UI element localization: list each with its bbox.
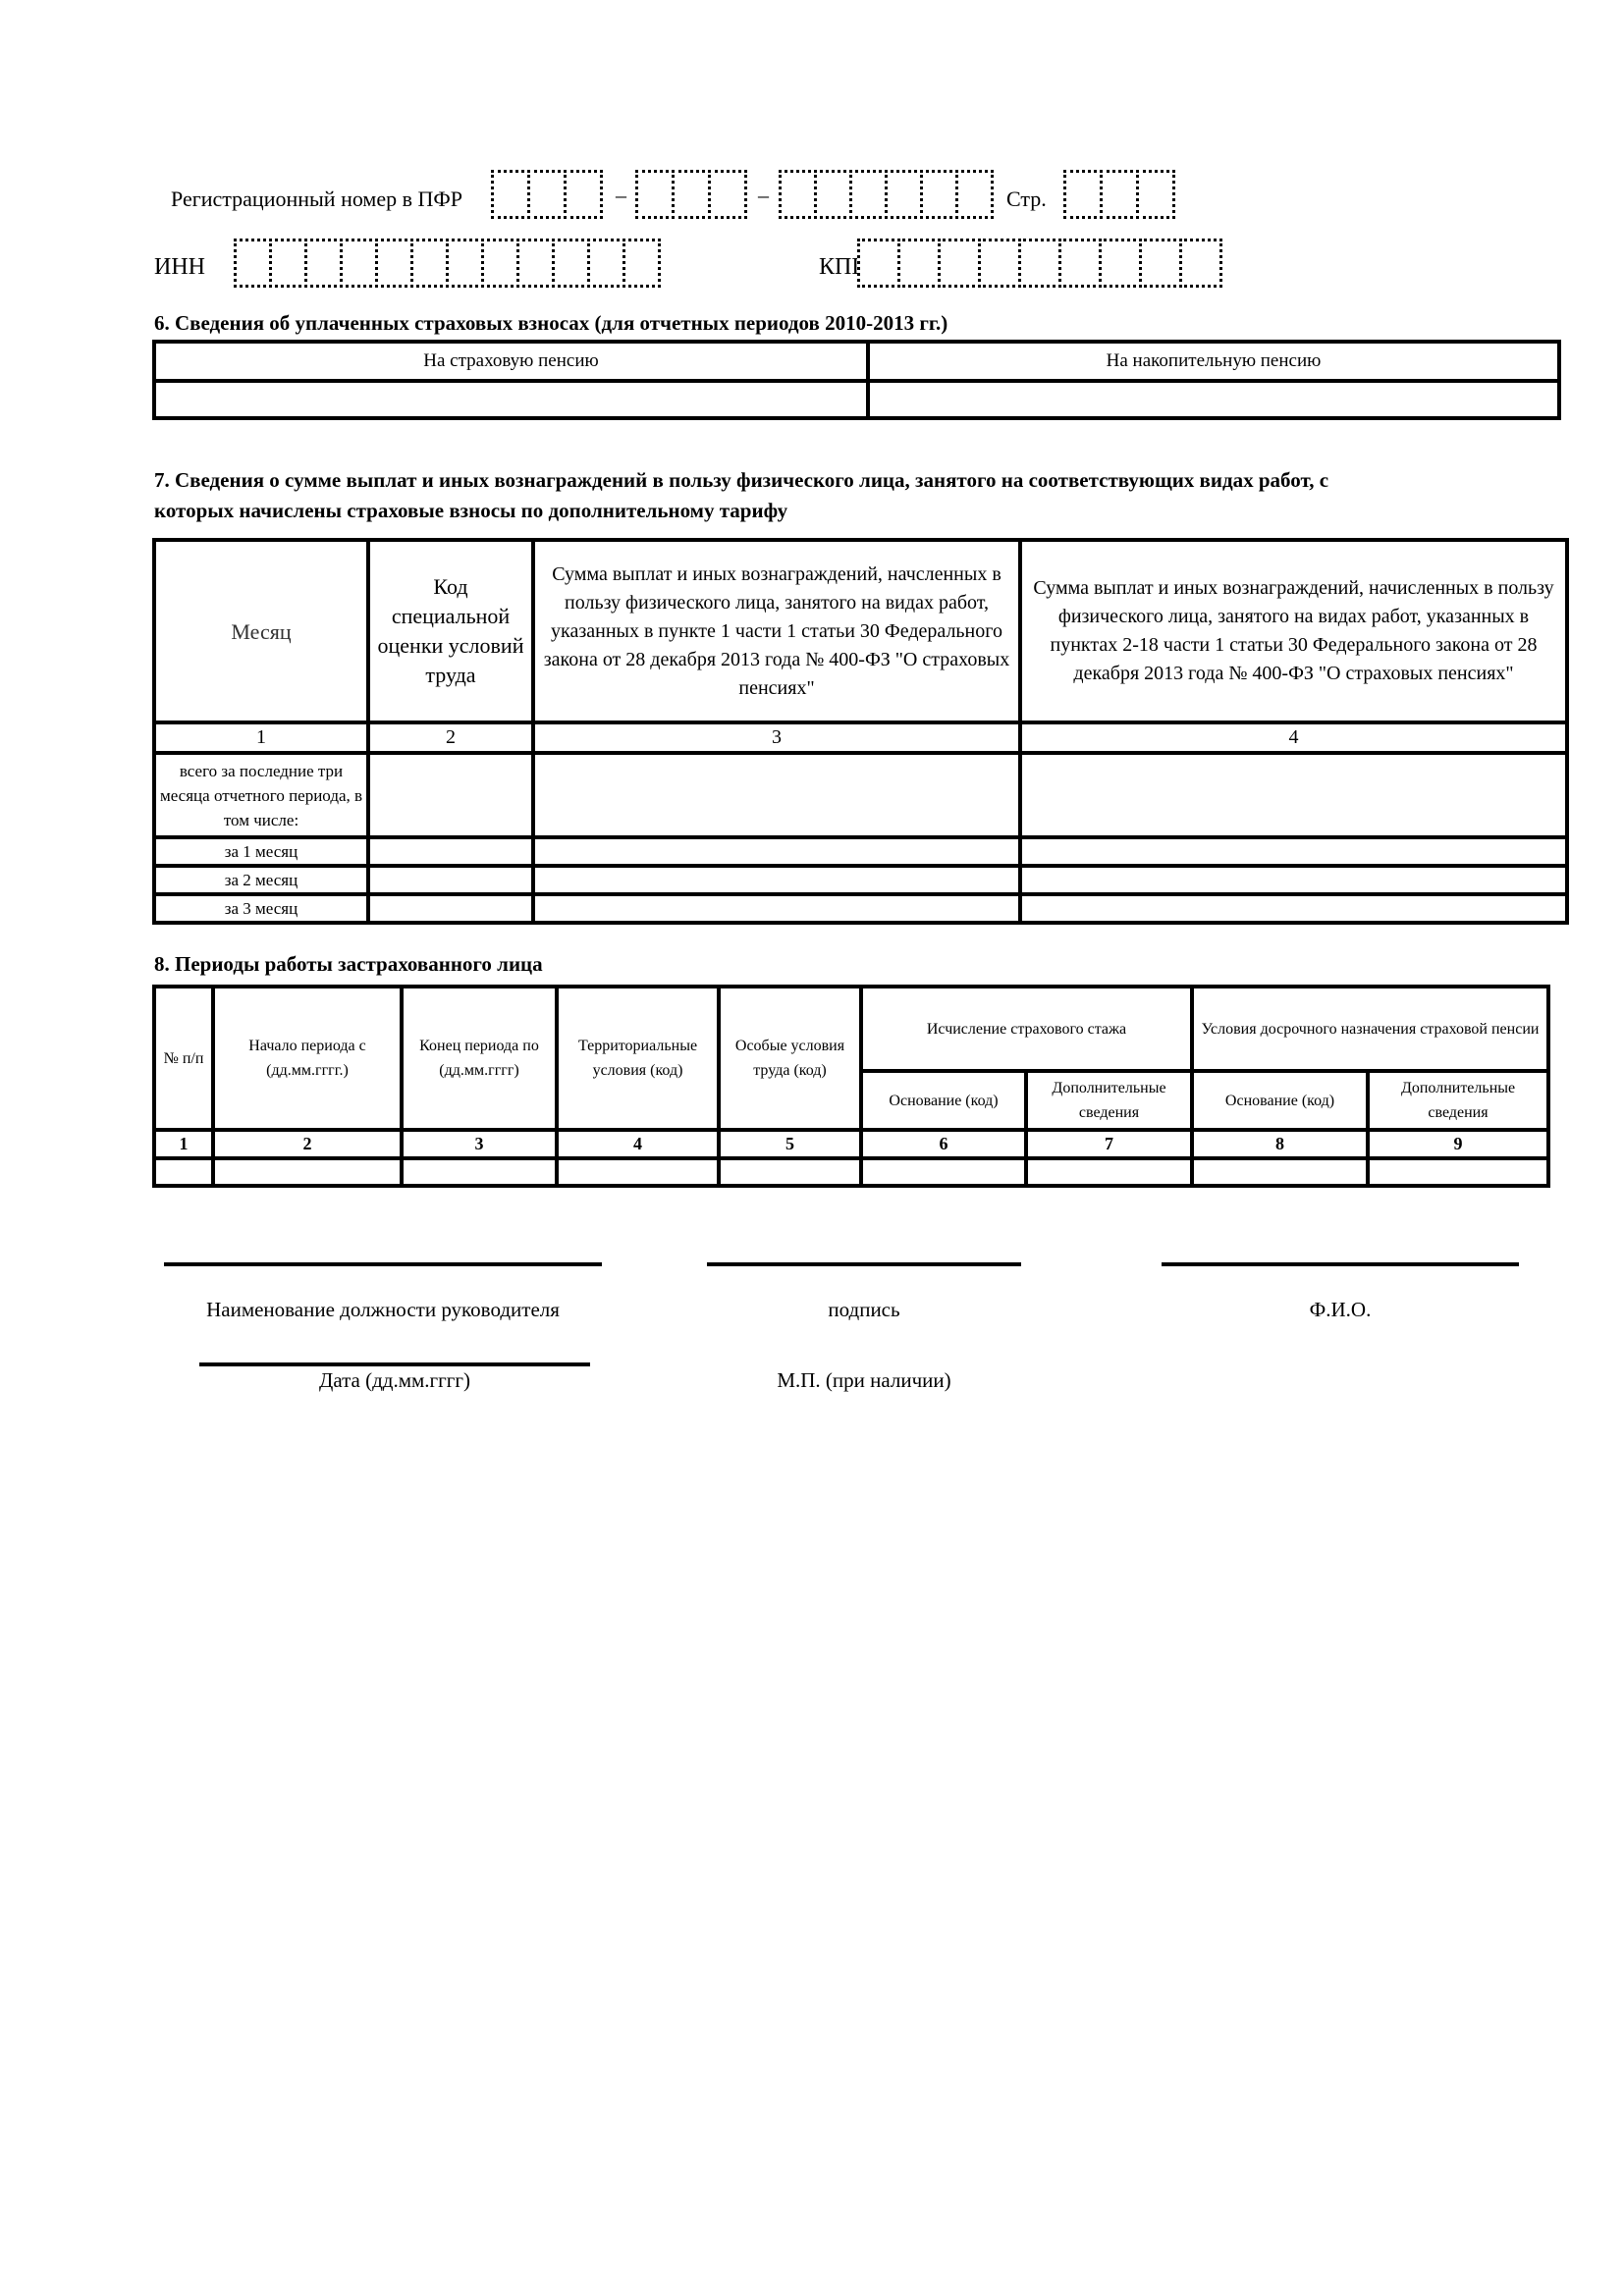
char-cell[interactable] [410,239,449,288]
char-cell[interactable] [481,239,519,288]
stamp-label: М.П. (при наличии) [707,1368,1021,1393]
row-number-field[interactable] [154,1158,213,1186]
char-cell[interactable] [708,170,747,219]
column-header-month: Месяц [154,540,368,722]
column-number: 4 [557,1130,719,1158]
char-cell[interactable] [814,170,852,219]
row-label-month3: за 3 месяц [154,894,368,923]
page-label: Стр. [1006,187,1047,212]
month1-sum-items2-18-field[interactable] [1020,837,1567,866]
char-cell[interactable] [304,239,343,288]
char-cell[interactable] [978,239,1021,288]
month3-assessment-code-field[interactable] [368,894,533,923]
char-cell[interactable] [491,170,530,219]
char-cell[interactable] [516,239,555,288]
column-number: 3 [533,722,1020,753]
column-header-number: № п/п [154,987,213,1130]
row-label-total: всего за последние три месяца отчетного … [154,753,368,837]
column-header-special-conditions: Особые условия труда (код) [719,987,861,1130]
char-cell[interactable] [1100,170,1139,219]
char-cell[interactable] [1136,170,1175,219]
month3-sum-items2-18-field[interactable] [1020,894,1567,923]
char-cell[interactable] [623,239,661,288]
total-sum-items2-18-field[interactable] [1020,753,1567,837]
total-sum-item1-field[interactable] [533,753,1020,837]
period-start-field[interactable] [213,1158,402,1186]
column-number: 3 [402,1130,557,1158]
reg-number-separator: – [758,183,769,208]
additional-tariff-payments-table: Месяц Код специальной оценки условий тру… [152,538,1569,925]
insurance-basis-field[interactable] [861,1158,1026,1186]
char-cell[interactable] [1139,239,1182,288]
column-header-territorial-conditions: Территориальные условия (код) [557,987,719,1130]
period-end-field[interactable] [402,1158,557,1186]
month2-assessment-code-field[interactable] [368,866,533,894]
char-cell[interactable] [779,170,817,219]
month2-sum-item1-field[interactable] [533,866,1020,894]
column-header-assessment-code: Код специальной оценки условий труда [368,540,533,722]
funded-pension-value-field[interactable] [868,381,1559,418]
char-cell[interactable] [1063,170,1103,219]
column-group-early-pension: Условия досрочного назначения страховой … [1192,987,1548,1071]
section6-title: 6. Сведения об уплаченных страховых взно… [154,308,947,338]
column-number: 2 [368,722,533,753]
table-row: за 3 месяц [154,894,1567,923]
char-cell[interactable] [564,170,603,219]
table-row [154,1158,1548,1186]
column-header-funded-pension: На накопительную пенсию [868,342,1559,381]
reg-number-part3-field[interactable] [779,170,991,219]
char-cell[interactable] [1099,239,1142,288]
column-header-insurance-basis: Основание (код) [861,1071,1026,1130]
kpp-field[interactable] [857,239,1219,288]
char-cell[interactable] [375,239,413,288]
paid-contributions-table: На страховую пенсию На накопительную пен… [152,340,1561,420]
char-cell[interactable] [1179,239,1222,288]
month3-sum-item1-field[interactable] [533,894,1020,923]
column-number: 9 [1368,1130,1548,1158]
inn-field[interactable] [234,239,658,288]
column-header-period-start: Начало периода с (дд.мм.гггг.) [213,987,402,1130]
column-number: 1 [154,1130,213,1158]
reg-number-separator: – [616,183,626,208]
page-number-field[interactable] [1063,170,1172,219]
char-cell[interactable] [938,239,981,288]
column-number: 6 [861,1130,1026,1158]
char-cell[interactable] [849,170,888,219]
table-row: за 1 месяц [154,837,1567,866]
column-number: 7 [1026,1130,1192,1158]
column-number: 8 [1192,1130,1368,1158]
char-cell[interactable] [340,239,378,288]
reg-number-part2-field[interactable] [635,170,744,219]
column-group-insurance-record: Исчисление страхового стажа [861,987,1192,1071]
work-periods-table: № п/п Начало периода с (дд.мм.гггг.) Кон… [152,985,1550,1188]
row-label-month2: за 2 месяц [154,866,368,894]
position-label: Наименование должности руководителя [164,1298,602,1322]
insurance-extra-field[interactable] [1026,1158,1192,1186]
char-cell[interactable] [234,239,272,288]
month2-sum-items2-18-field[interactable] [1020,866,1567,894]
column-number: 4 [1020,722,1567,753]
char-cell[interactable] [885,170,923,219]
char-cell[interactable] [446,239,484,288]
column-header-period-end: Конец периода по (дд.мм.гггг) [402,987,557,1130]
char-cell[interactable] [672,170,711,219]
table-row: всего за последние три месяца отчетного … [154,753,1567,837]
column-header-insurance-extra: Дополнительные сведения [1026,1071,1192,1130]
char-cell[interactable] [920,170,958,219]
signature-label: подпись [707,1298,1021,1322]
char-cell[interactable] [635,170,675,219]
signature-line[interactable] [707,1262,1021,1266]
char-cell[interactable] [269,239,307,288]
month1-assessment-code-field[interactable] [368,837,533,866]
char-cell[interactable] [955,170,994,219]
char-cell[interactable] [1018,239,1061,288]
char-cell[interactable] [527,170,567,219]
name-label: Ф.И.О. [1162,1298,1519,1322]
position-signature-line[interactable] [164,1262,602,1266]
section7-title-line2: которых начислены страховые взносы по до… [154,496,787,525]
char-cell[interactable] [1058,239,1102,288]
column-header-sum-item1: Сумма выплат и иных вознаграждений, начс… [533,540,1020,722]
column-number: 1 [154,722,368,753]
date-label: Дата (дд.мм.гггг) [199,1368,590,1393]
total-assessment-code-field[interactable] [368,753,533,837]
column-header-early-basis: Основание (код) [1192,1071,1368,1130]
date-line[interactable] [199,1362,590,1366]
table-row: за 2 месяц [154,866,1567,894]
column-number: 5 [719,1130,861,1158]
char-cell[interactable] [552,239,590,288]
char-cell[interactable] [897,239,941,288]
section7-title-line1: 7. Сведения о сумме выплат и иных вознаг… [154,465,1328,495]
char-cell[interactable] [587,239,625,288]
month1-sum-item1-field[interactable] [533,837,1020,866]
name-signature-line[interactable] [1162,1262,1519,1266]
char-cell[interactable] [857,239,900,288]
column-header-sum-items2-18: Сумма выплат и иных вознаграждений, начи… [1020,540,1567,722]
insurance-pension-value-field[interactable] [154,381,868,418]
special-conditions-field[interactable] [719,1158,861,1186]
column-header-insurance-pension: На страховую пенсию [154,342,868,381]
reg-number-part1-field[interactable] [491,170,600,219]
reg-number-label: Регистрационный номер в ПФР [171,187,462,212]
early-extra-field[interactable] [1368,1158,1548,1186]
early-basis-field[interactable] [1192,1158,1368,1186]
inn-label: ИНН [154,254,205,281]
territorial-conditions-field[interactable] [557,1158,719,1186]
section8-title: 8. Периоды работы застрахованного лица [154,949,543,979]
column-number: 2 [213,1130,402,1158]
column-header-early-extra: Дополнительные сведения [1368,1071,1548,1130]
row-label-month1: за 1 месяц [154,837,368,866]
